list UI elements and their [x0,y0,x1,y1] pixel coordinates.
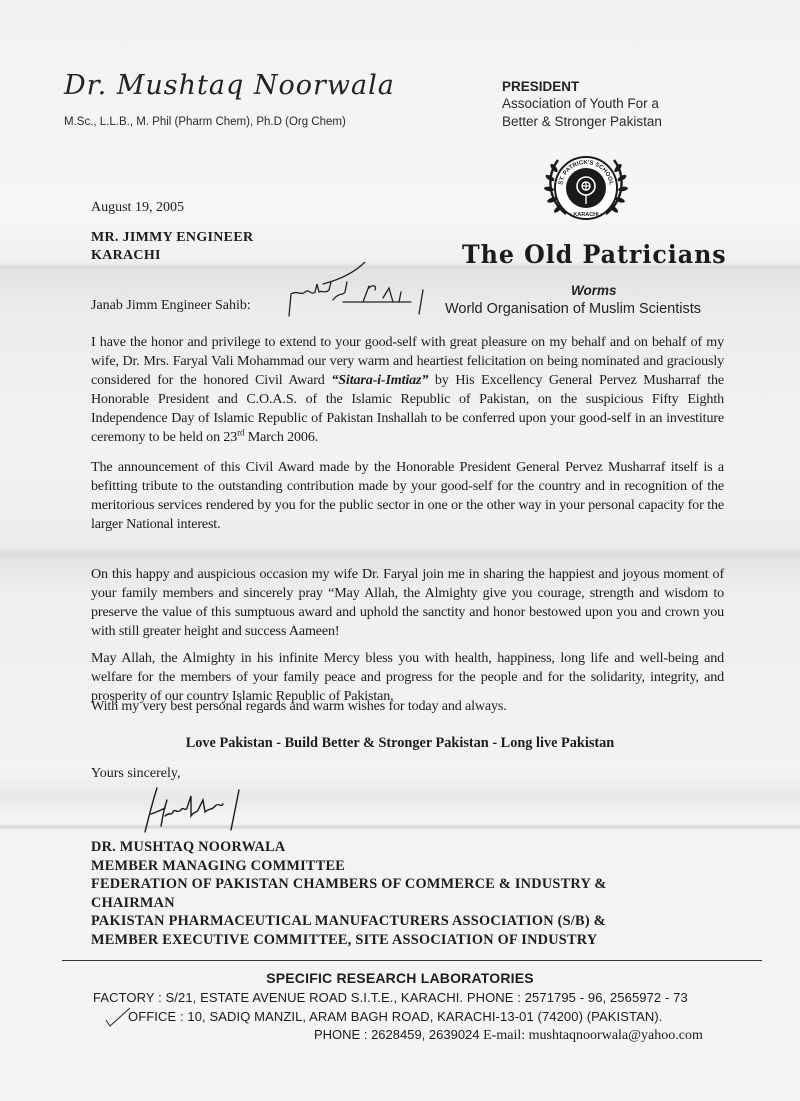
school-crest-logo-icon: ST. PATRICK'S SCHOOL & COLLEGE • KARACHI… [540,148,632,230]
recipient-name: MR. JIMMY ENGINEER [91,230,253,246]
paper-fold [0,824,800,830]
body-paragraph-3: On this happy and auspicious occasion my… [91,565,724,641]
award-name: “Sitara-i-Imtiaz” [331,372,428,388]
signatory-line: FEDERATION OF PAKISTAN CHAMBERS OF COMME… [91,875,607,894]
email-address[interactable]: E-mail: mushtaqnoorwala@yahoo.com [483,1028,703,1043]
body-paragraph-1: I have the honor and privilege to extend… [91,333,724,447]
letter-date: August 19, 2005 [91,200,184,216]
signatory-line: MEMBER MANAGING COMMITTEE [91,857,607,876]
handwritten-urdu-greeting: السلام علیکم [283,262,433,317]
body-paragraph-5: With my very best personal regards and w… [91,697,724,716]
body-paragraph-2: The announcement of this Civil Award mad… [91,458,724,534]
position-org-line: Better & Stronger Pakistan [502,114,662,129]
footer-company-name: SPECIFIC RESEARCH LABORATORIES [0,970,800,986]
svg-text:• KARACHI •: • KARACHI • [570,212,602,218]
handwritten-signature: Mushtaq [135,786,245,834]
footer-factory-address: FACTORY : S/21, ESTATE AVENUE ROAD S.I.T… [93,990,688,1005]
footer-divider [62,960,762,961]
salutation: Janab Jimm Engineer Sahib: [91,298,251,314]
alumni-association-name: The Old Patricians [462,240,727,269]
worms-acronym: Worms [571,283,617,298]
signatory-line: CHAIRMAN [91,894,607,913]
motto: Love Pakistan - Build Better & Stronger … [0,735,800,752]
signatory-line: PAKISTAN PHARMACEUTICAL MANUFACTURERS AS… [91,912,607,931]
footer-office-address: OFFICE : 10, SADIQ MANZIL, ARAM BAGH ROA… [128,1009,662,1024]
letterhead-qualifications: M.Sc., L.L.B., M. Phil (Pharm Chem), Ph.… [64,116,346,128]
worms-full-name: World Organisation of Muslim Scientists [445,301,701,317]
closing: Yours sincerely, [91,766,180,782]
letter-page: Dr. Mushtaq Noorwala M.Sc., L.L.B., M. P… [0,0,800,1101]
signatory-line: DR. MUSHTAQ NOORWALA [91,838,607,857]
footer-phone-email: PHONE : 2628459, 2639024 E-mail: mushtaq… [314,1027,703,1044]
paper-fold [0,547,800,561]
letterhead-name: Dr. Mushtaq Noorwala [64,70,395,101]
signatory-line: MEMBER EXECUTIVE COMMITTEE, SITE ASSOCIA… [91,931,607,950]
position-title: PRESIDENT [502,79,579,94]
signatory-block: DR. MUSHTAQ NOORWALA MEMBER MANAGING COM… [91,838,607,949]
position-org-line: Association of Youth For a [502,96,659,111]
recipient-city: KARACHI [91,248,161,264]
